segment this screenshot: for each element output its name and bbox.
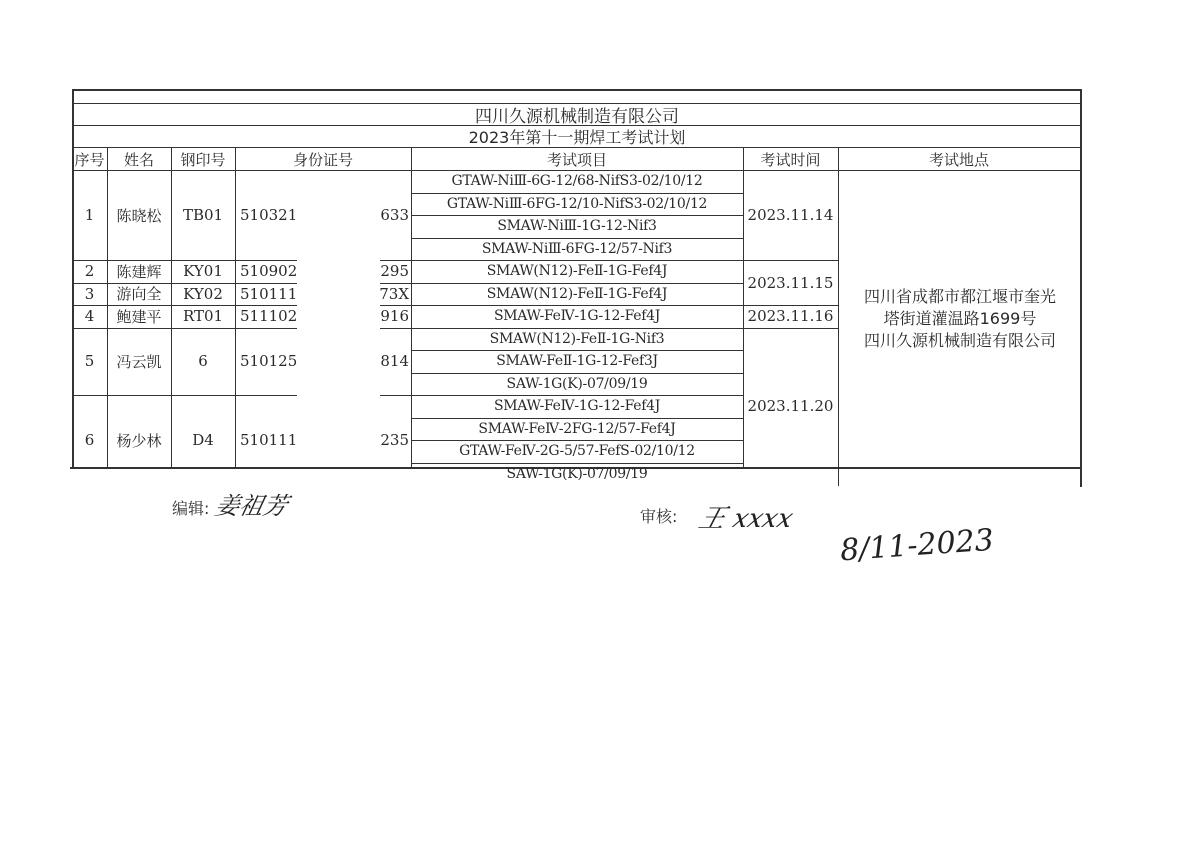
place-line: 四川省成都市都江堰市奎光 [864,286,1056,308]
exam-item: GTAW-FeⅣ-2G-5/57-FefS-02/10/12 [411,440,743,463]
name-cell: 鲍建平 [107,305,171,328]
col-divider [838,148,839,486]
header-items: 考试项目 [411,148,743,170]
company-title: 四川久源机械制造有限公司 [72,103,1082,125]
stamp-cell: KY01 [171,260,235,283]
exam-item: SMAW-FeⅣ-1G-12-Fef4J [411,395,743,418]
name-cell: 陈晓松 [107,170,171,260]
plan-title: 2023年第十一期焊工考试计划 [72,125,1082,147]
exam-item: SMAW(N12)-FeⅡ-1G-Fef4J [411,283,743,306]
stamp-cell: KY02 [171,283,235,306]
table-border-right [1080,89,1082,487]
id-suffix: 295 [370,260,411,283]
header-seq: 序号 [72,148,107,170]
editor-signature: 姜祖芳 [212,486,291,521]
exam-item: SMAW(N12)-FeⅡ-1G-Nif3 [411,328,743,351]
seq-cell: 3 [72,283,107,306]
id-suffix: 633 [370,170,411,260]
place-line: 塔街道灌温路1699号 [884,308,1037,330]
header-stamp: 钢印号 [171,148,235,170]
header-time: 考试时间 [743,148,838,170]
exam-item: SMAW-FeⅡ-1G-12-Fef3J [411,350,743,373]
seq-cell: 5 [72,328,107,396]
id-suffix: 814 [370,328,411,396]
exam-item: SMAW-NiⅢ-6FG-12/57-Nif3 [411,238,743,261]
seq-cell: 1 [72,170,107,260]
exam-date: 2023.11.20 [743,328,838,486]
exam-plan-sheet: 四川久源机械制造有限公司 2023年第十一期焊工考试计划 序号 姓名 钢印号 身… [0,0,1200,848]
stamp-cell: TB01 [171,170,235,260]
id-prefix: 510111 [236,283,306,306]
id-suffix: 235 [370,395,411,485]
exam-item: SMAW-FeⅣ-2FG-12/57-Fef4J [411,418,743,441]
stamp-cell: RT01 [171,305,235,328]
exam-date: 2023.11.16 [743,305,838,328]
exam-item: SMAW(N12)-FeⅡ-1G-Fef4J [411,260,743,283]
exam-item: SMAW-NiⅢ-1G-12-Nif3 [411,215,743,238]
exam-item: SMAW-FeⅣ-1G-12-Fef4J [411,305,743,328]
id-prefix: 510902 [236,260,306,283]
name-cell: 游向全 [107,283,171,306]
exam-date: 2023.11.14 [743,170,838,260]
place-line: 四川久源机械制造有限公司 [864,330,1056,352]
exam-item: SAW-1G(K)-07/09/19 [411,373,743,396]
exam-item: SAW-1G(K)-07/09/19 [411,463,743,486]
id-suffix: 916 [370,305,411,328]
reviewer-label: 审核: [640,504,677,527]
header-place: 考试地点 [838,148,1080,170]
handwritten-date: 8/11-2023 [839,523,995,569]
name-cell: 杨少林 [107,395,171,485]
seq-cell: 4 [72,305,107,328]
exam-date: 2023.11.15 [743,260,838,305]
id-prefix: 511102 [236,305,306,328]
stamp-cell: D4 [171,395,235,485]
table-border-top [72,89,1082,91]
id-prefix: 510111 [236,395,306,485]
name-cell: 冯云凯 [107,328,171,396]
header-id: 身份证号 [235,148,411,170]
exam-place: 四川省成都市都江堰市奎光 塔街道灌温路1699号 四川久源机械制造有限公司 [840,170,1080,467]
seq-cell: 2 [72,260,107,283]
id-suffix: 73X [370,283,411,306]
id-prefix: 510125 [236,328,306,396]
reviewer-signature: 王 xxxx [695,498,798,535]
id-prefix: 510321 [236,170,306,260]
header-name: 姓名 [107,148,171,170]
stamp-cell: 6 [171,328,235,396]
exam-item: GTAW-NiⅢ-6G-12/68-NifS3-02/10/12 [411,170,743,193]
name-cell: 陈建辉 [107,260,171,283]
seq-cell: 6 [72,395,107,485]
exam-item: GTAW-NiⅢ-6FG-12/10-NifS3-02/10/12 [411,193,743,216]
editor-label: 编辑: [172,496,209,519]
